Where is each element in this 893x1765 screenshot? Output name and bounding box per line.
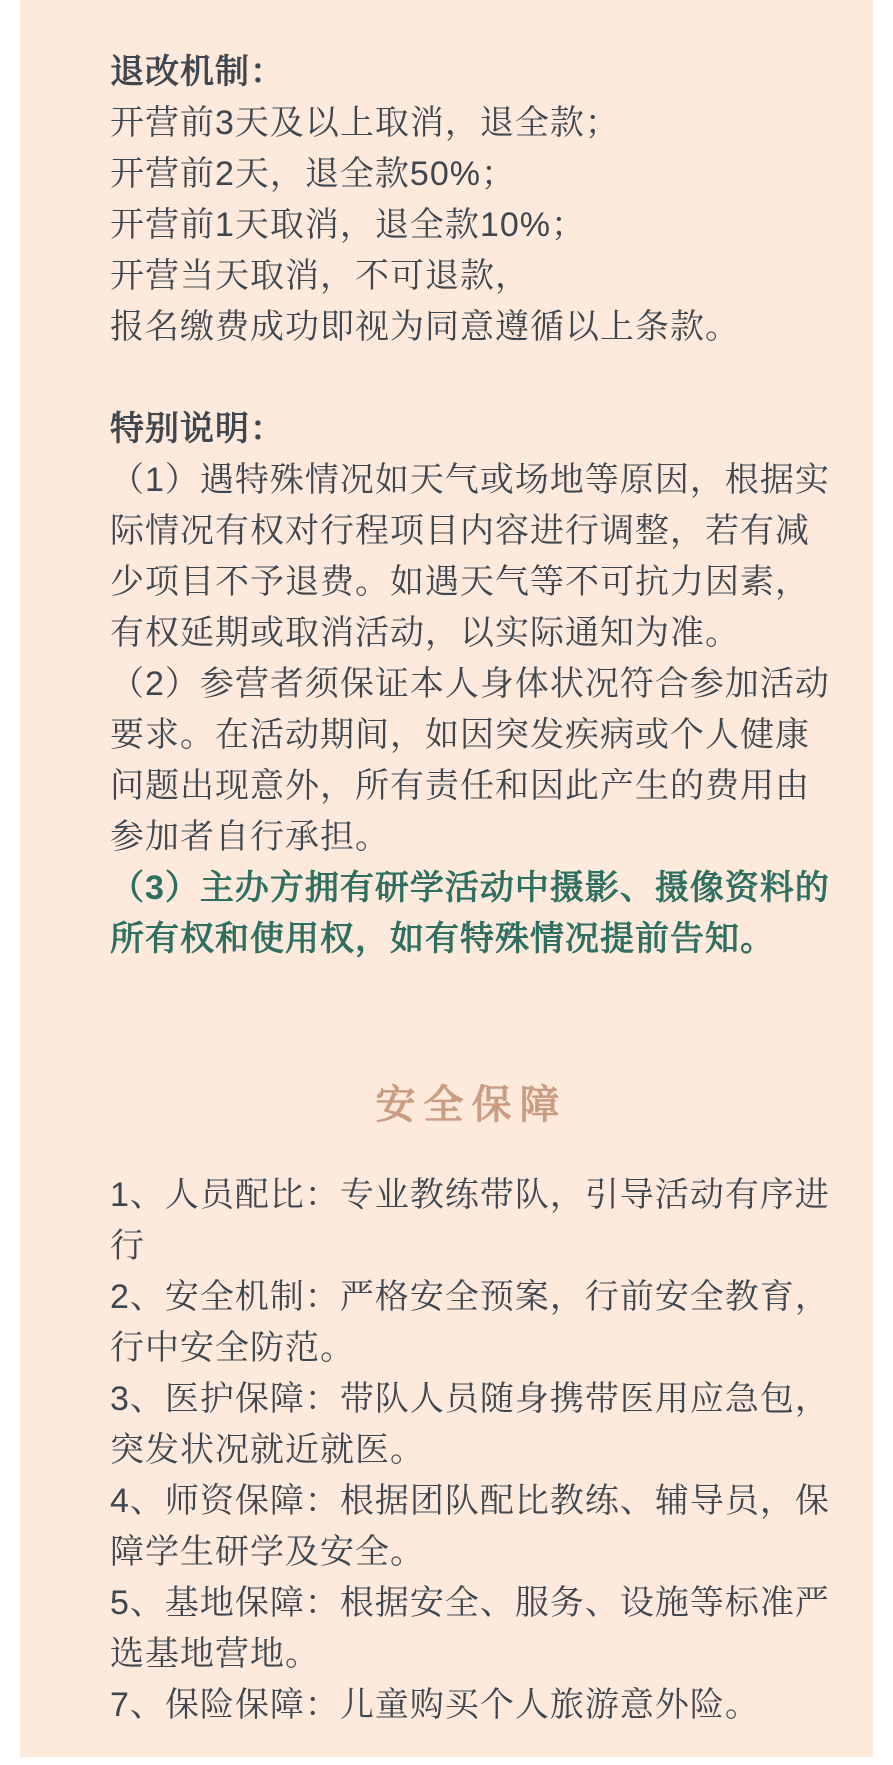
special-note-item-1: （1）遇特殊情况如天气或场地等原因，根据实 际情况有权对行程项目内容进行调整，若… (110, 455, 833, 659)
special-note-item-3-highlighted: （3）主办方拥有研学活动中摄影、摄像资料的 所有权和使用权，如有特殊情况提前告知… (110, 863, 833, 965)
content-card: 退改机制： 开营前3天及以上取消，退全款； 开营前2天，退全款50%； 开营前1… (20, 0, 873, 1757)
safety-list-item: 1、人员配比：专业教练带队，引导活动有序进 行 (110, 1170, 833, 1272)
safety-guarantee-heading: 安全保障 (110, 1077, 833, 1133)
safety-guarantee-list: 1、人员配比：专业教练带队，引导活动有序进 行 2、安全机制：严格安全预案，行前… (110, 1170, 833, 1731)
safety-list-item: 4、师资保障：根据团队配比教练、辅导员，保 障学生研学及安全。 (110, 1476, 833, 1578)
safety-list-item: 3、医护保障：带队人员随身携带医用应急包， 突发状况就近就医。 (110, 1374, 833, 1476)
safety-list-item: 2、安全机制：严格安全预案，行前安全教育， 行中安全防范。 (110, 1272, 833, 1374)
refund-policy-section: 退改机制： 开营前3天及以上取消，退全款； 开营前2天，退全款50%； 开营前1… (110, 47, 833, 353)
special-note-item-2: （2）参营者须保证本人身体状况符合参加活动 要求。在活动期间，如因突发疾病或个人… (110, 659, 833, 863)
refund-policy-body: 开营前3天及以上取消，退全款； 开营前2天，退全款50%； 开营前1天取消，退全… (110, 98, 833, 353)
article-page: 退改机制： 开营前3天及以上取消，退全款； 开营前2天，退全款50%； 开营前1… (0, 0, 893, 1765)
refund-policy-heading: 退改机制： (110, 47, 833, 98)
safety-list-item: 5、基地保障：根据安全、服务、设施等标准严 选基地营地。 (110, 1578, 833, 1680)
safety-list-item: 7、保险保障：儿童购买个人旅游意外险。 (110, 1680, 833, 1731)
safety-guarantee-section: 安全保障 1、人员配比：专业教练带队，引导活动有序进 行 2、安全机制：严格安全… (110, 1077, 833, 1731)
special-notes-section: 特别说明： （1）遇特殊情况如天气或场地等原因，根据实 际情况有权对行程项目内容… (110, 404, 833, 965)
special-notes-heading: 特别说明： (110, 404, 833, 455)
section-spacer (110, 353, 833, 404)
